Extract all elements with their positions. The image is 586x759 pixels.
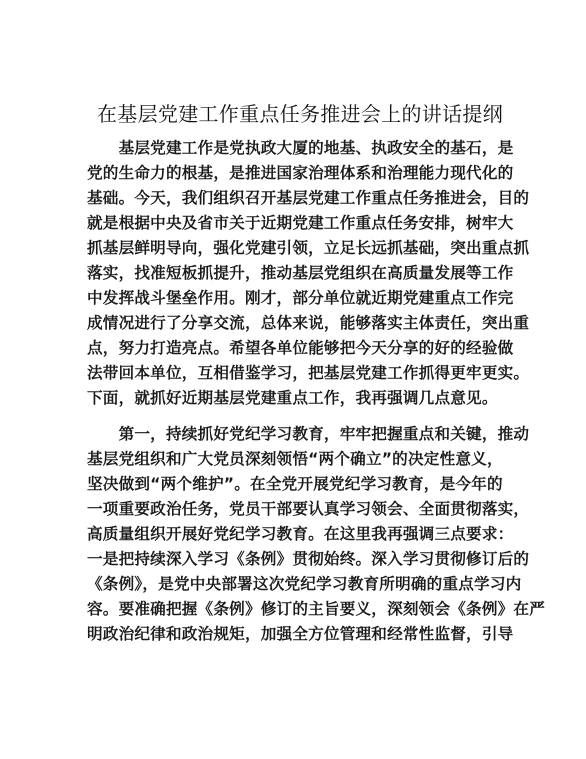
text-line: 一项重要政治任务，党员干部要认真学习领会、全面贯彻落实，	[87, 497, 502, 522]
text-line: 容。要准确把握《条例》修订的主旨要义，深刻领会《条例》在严	[87, 597, 502, 622]
text-line: 点，努力打造亮点。希望各单位能够把今天分享的好的经验做	[87, 336, 502, 361]
paragraph-intro: 基层党建工作是党执政大厦的地基、执政安全的基石，是 党的生命力的根基，是推进国家…	[87, 136, 502, 411]
text-line: 高质量组织开展好党纪学习教育。在这里我再强调三点要求：	[87, 522, 502, 547]
text-line: 基础。今天，我们组织召开基层党建工作重点任务推进会，目的	[87, 186, 502, 211]
text-line: 抓基层鲜明导向，强化党建引领，立足长远抓基础，突出重点抓	[87, 236, 502, 261]
text-line: 成情况进行了分享交流，总体来说，能够落实主体责任，突出重	[87, 311, 502, 336]
text-line: 《条例》，是党中央部署这次党纪学习教育所明确的重点学习内	[87, 572, 502, 597]
document-body: 基层党建工作是党执政大厦的地基、执政安全的基石，是 党的生命力的根基，是推进国家…	[87, 136, 502, 647]
paragraph-first-point: 第一，持续抓好党纪学习教育，牢牢把握重点和关键，推动 基层党组织和广大党员深刻领…	[87, 422, 502, 647]
text-line: 党的生命力的根基，是推进国家治理体系和治理能力现代化的	[87, 161, 502, 186]
text-line: 法带回本单位，互相借鉴学习，把基层党建工作抓得更牢更实。	[87, 361, 502, 386]
text-line: 第一，持续抓好党纪学习教育，牢牢把握重点和关键，推动	[87, 422, 502, 447]
text-line: 明政治纪律和政治规矩，加强全方位管理和经常性监督，引导	[87, 622, 502, 647]
text-line: 坚决做到“两个维护”。在全党开展党纪学习教育，是今年的	[87, 472, 502, 497]
document-title: 在基层党建工作重点任务推进会上的讲话提纲	[80, 100, 520, 128]
text-line: 落实，找准短板抓提升，推动基层党组织在高质量发展等工作	[87, 261, 502, 286]
text-line: 一是把持续深入学习《条例》贯彻始终。深入学习贯彻修订后的	[87, 547, 502, 572]
text-line: 中发挥战斗堡垒作用。刚才，部分单位就近期党建重点工作完	[87, 286, 502, 311]
text-line: 基层党组织和广大党员深刻领悟“两个确立”的决定性意义，	[87, 447, 502, 472]
text-line: 下面，就抓好近期基层党建重点工作，我再强调几点意见。	[87, 386, 502, 411]
text-line: 就是根据中央及省市关于近期党建工作重点任务安排，树牢大	[87, 211, 502, 236]
text-line: 基层党建工作是党执政大厦的地基、执政安全的基石，是	[87, 136, 502, 161]
document-page: 在基层党建工作重点任务推进会上的讲话提纲 基层党建工作是党执政大厦的地基、执政安…	[0, 0, 586, 759]
